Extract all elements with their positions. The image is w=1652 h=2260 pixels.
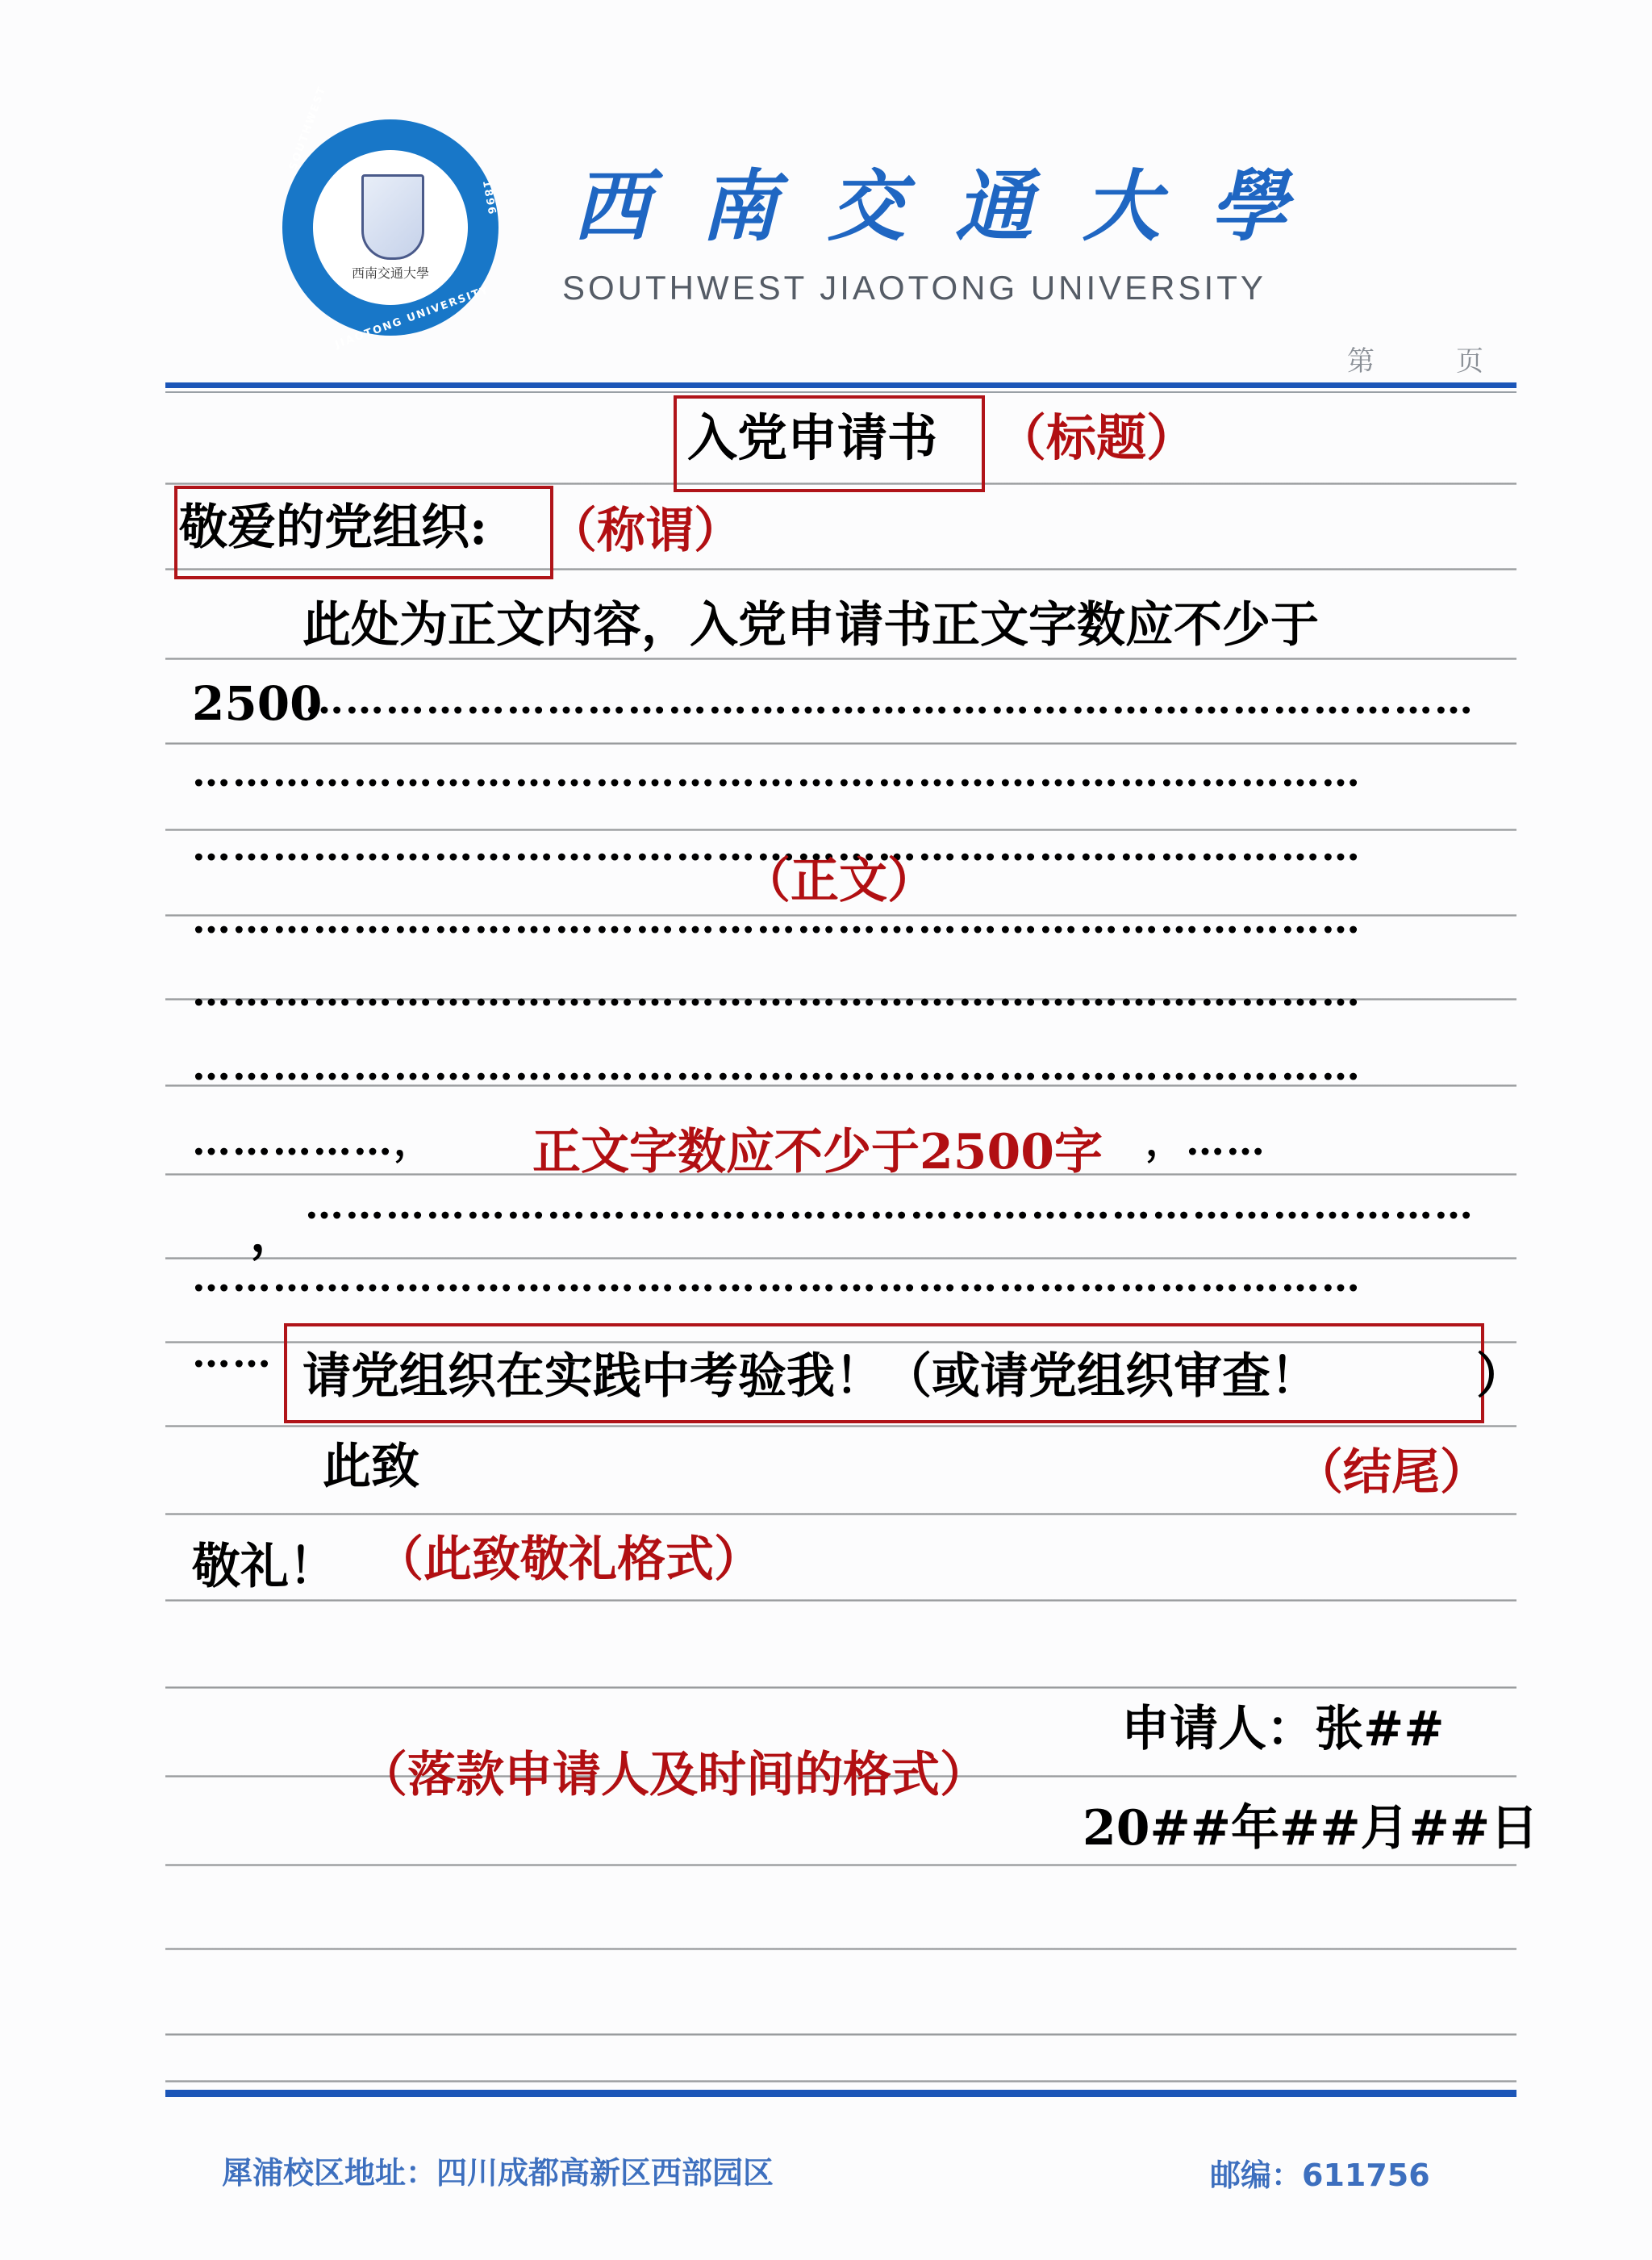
title-annotation: （标题）	[996, 413, 1196, 463]
body-first-line: 此处为正文内容，入党申请书正文字数应不少于	[302, 601, 1319, 650]
footer-address: 犀浦校区地址：四川成都高新区西部园区	[222, 2148, 774, 2192]
university-name-cn: 西南交通大學	[573, 145, 1337, 256]
body-dots-line: ……………………………………………………………………………	[305, 678, 1491, 723]
body-dots-line: ……………………………………………………………………………	[192, 897, 1491, 942]
shield-icon	[361, 174, 424, 260]
ruled-line	[165, 1425, 1516, 1427]
seal-inner: 西南交通大學	[313, 150, 468, 305]
seal-ring-text-right: 1896	[480, 179, 498, 216]
body-requirement: 正文字数应不少于2500字	[532, 1128, 1103, 1176]
ruled-line	[165, 658, 1516, 660]
letter-title: 入党申请书	[687, 413, 937, 463]
body-dots-prefix: ……………，	[192, 1110, 434, 1166]
salutation: 敬爱的党组织:	[179, 503, 487, 552]
body-dots-line: ……………………………………………………………………………	[192, 750, 1491, 796]
ruled-line	[165, 2033, 1516, 2036]
body-dots-line: ……………………………………………………………………………	[192, 1255, 1491, 1301]
respect-line-2: 敬礼！	[192, 1543, 337, 1591]
respect-annotation: （此致敬礼格式）	[375, 1535, 762, 1584]
closing-sentence: 请党组织在实践中考验我！（或请党组织审查！	[302, 1352, 1319, 1401]
footer-rule	[165, 2090, 1516, 2097]
salutation-annotation: （称谓）	[549, 507, 742, 555]
closing-dots: ……	[192, 1331, 273, 1376]
ruled-line	[165, 2080, 1516, 2082]
ruled-line	[165, 742, 1516, 745]
header-rule	[165, 382, 1516, 388]
body-dots-line: ……………………………………………………………………………	[192, 970, 1491, 1015]
applicant-name: 申请人：张##	[1121, 1705, 1445, 1753]
seal-inner-text: 西南交通大學	[342, 263, 439, 282]
page-label-suffix: 页	[1456, 339, 1483, 378]
body-dots-suffix: ，……	[1145, 1110, 1266, 1166]
ruled-line	[165, 1864, 1516, 1866]
ruled-line	[165, 1948, 1516, 1950]
footer-postcode: 邮编：611756	[1210, 2150, 1430, 2195]
university-name-en: SOUTHWEST JIAOTONG UNIVERSITY	[562, 269, 1266, 307]
closing-paren: ）	[1476, 1352, 1525, 1401]
ruled-line	[165, 1513, 1516, 1515]
closing-annotation: （结尾）	[1295, 1448, 1488, 1497]
body-2500: 2500	[192, 680, 322, 727]
university-seal-icon: 西南交通大學 SOUTHWEST JIAOTONG UNIVERSITY 189…	[282, 119, 499, 336]
ruled-line	[165, 1686, 1516, 1689]
comma: ，	[250, 1210, 298, 1259]
respect-line-1: 此致	[323, 1443, 419, 1491]
seal-ring-text-left: SOUTHWEST	[287, 84, 329, 172]
ruled-line	[165, 1599, 1516, 1602]
page-label-prefix: 第	[1347, 339, 1375, 378]
body-dots-line: ……………………………………………………………………………	[305, 1183, 1491, 1228]
header-rule-thin	[165, 391, 1516, 393]
signature-date: 20##年##月##日	[1083, 1804, 1538, 1853]
signature-annotation: （落款申请人及时间的格式）	[359, 1751, 988, 1799]
body-dots-line: ……………………………………………………………………………	[192, 1044, 1491, 1089]
